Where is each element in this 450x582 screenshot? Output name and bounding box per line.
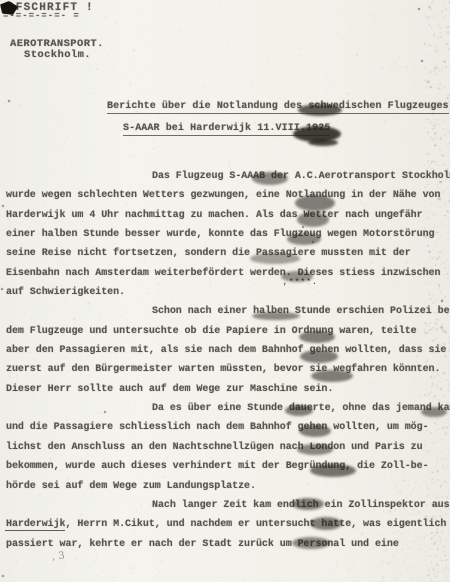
ink-smudge bbox=[252, 172, 288, 185]
ink-smudge bbox=[285, 405, 313, 416]
copy-stamp-underline: =-=-=-=-=- = bbox=[3, 11, 80, 21]
ink-smudge bbox=[292, 498, 324, 510]
ink-smudge bbox=[310, 464, 356, 477]
paragraph-1: Das Flugzeug S-AAAB der A.C.Aerotranspor… bbox=[6, 167, 448, 302]
text-line: bekommen, wurde auch dieses verhindert m… bbox=[6, 457, 448, 476]
underline-mark-harderwijk bbox=[5, 530, 65, 531]
ink-smudge bbox=[311, 370, 353, 382]
text-line: lichst den Anschluss an den Nachtschnell… bbox=[6, 438, 448, 457]
text-line: aber den Passagieren mit, als sie nach d… bbox=[6, 341, 448, 360]
ink-smudge bbox=[310, 517, 342, 530]
text-line: dem Flugzeuge und untersuchte ob die Pap… bbox=[6, 322, 448, 341]
text-line: passiert war, kehrte er nach der Stadt z… bbox=[6, 535, 448, 554]
ink-smudge bbox=[308, 139, 338, 146]
text-line: Dieser Herr sollte auch auf dem Wege zur… bbox=[6, 380, 448, 399]
document-title-line1: Berichte über die Notlandung des schwedi… bbox=[107, 101, 449, 112]
text-line: Harderwijk, Herrn M.Cikut, und nachdem e… bbox=[6, 515, 448, 534]
text-line: Harderwijk um 4 Uhr nachmittag zu machen… bbox=[6, 206, 448, 225]
scanned-document-page: AFSCHRIFT ! =-=-=-=-=- = AEROTRANSPORT. … bbox=[0, 0, 450, 582]
ink-smudge bbox=[252, 312, 300, 320]
text-line: auf Schwierigkeiten. bbox=[6, 283, 448, 302]
paragraph-2: Schon nach einer halben Stunde erschien … bbox=[6, 302, 448, 399]
text-line: seine Reise nicht fortsetzen, sondern di… bbox=[6, 244, 448, 263]
text-line: Da es über eine Stunde dauerte, ohne das… bbox=[6, 399, 448, 418]
ink-smudge bbox=[299, 331, 335, 343]
ink-smudge bbox=[299, 425, 331, 437]
ink-smudge bbox=[250, 253, 300, 264]
text-line: und die Passagiere schliesslich nach dem… bbox=[6, 418, 448, 437]
text-line: hörde sei auf dem Wege zum Landungsplatz… bbox=[6, 477, 448, 496]
ink-smudge bbox=[297, 444, 333, 455]
ink-smudge bbox=[292, 537, 330, 549]
text-line: Nach langer Zeit kam endlich ein Zollins… bbox=[6, 496, 448, 515]
paragraph-3: Da es über eine Stunde dauerte, ohne das… bbox=[6, 399, 448, 496]
handwritten-margin-mark: , 3 bbox=[51, 550, 65, 562]
ink-smudge bbox=[298, 104, 342, 116]
ink-dots: ,****. bbox=[283, 278, 318, 287]
ink-smudge bbox=[287, 233, 321, 245]
text-line: einer halben Stunde besser wurde, konnte… bbox=[6, 225, 448, 244]
ink-smudge bbox=[300, 350, 338, 363]
paragraph-4: Nach langer Zeit kam endlich ein Zollins… bbox=[6, 496, 448, 554]
sender-city: Stockholm. bbox=[24, 49, 91, 61]
ink-smudge bbox=[421, 407, 447, 417]
ink-smudge bbox=[297, 212, 329, 227]
document-body: Das Flugzeug S-AAAB der A.C.Aerotranspor… bbox=[6, 167, 448, 554]
text-line: Das Flugzeug S-AAAB der A.C.Aerotranspor… bbox=[6, 167, 448, 186]
text-line: Eisenbahn nach Amsterdam weiterbefördert… bbox=[6, 264, 448, 283]
text-line: Schon nach einer halben Stunde erschien … bbox=[6, 302, 448, 321]
text-line: wurde wegen schlechten Wetters gezwungen… bbox=[6, 186, 448, 205]
text-line: zuerst auf den Bürgermeister warten müss… bbox=[6, 360, 448, 379]
ink-smudge bbox=[295, 195, 335, 211]
